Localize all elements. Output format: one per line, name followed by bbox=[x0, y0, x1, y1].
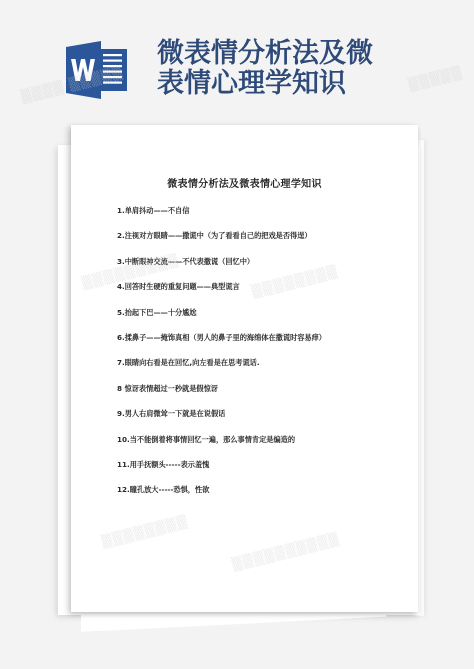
list-item: 1.单肩抖动——不自信 bbox=[117, 206, 407, 231]
header-title-line2: 表情心理学知识 bbox=[157, 69, 417, 99]
list-item: 9.男人右肩微耸一下就是在说假话 bbox=[117, 409, 407, 434]
watermark: ▒▒▒▒▒▒▒▒ bbox=[100, 515, 189, 551]
list-item: 2.注视对方眼睛——撒谎中（为了看看自己的把戏是否得逞） bbox=[117, 231, 407, 256]
list-item: 8 惊讶表情超过一秒就是假惊讶 bbox=[117, 384, 407, 409]
document-page: 微表情分析法及微表情心理学知识 1.单肩抖动——不自信 2.注视对方眼睛——撒谎… bbox=[71, 125, 418, 612]
document-title: 微表情分析法及微表情心理学知识 bbox=[71, 175, 418, 190]
header-title: 微表情分析法及微 表情心理学知识 bbox=[157, 39, 417, 99]
list-item: 3.中断眼神交流——不代表撒谎（回忆中） bbox=[117, 257, 407, 282]
list-item: 10.当不能倒着将事情回忆一遍，那么事情肯定是编造的 bbox=[117, 435, 407, 460]
list-item: 6.揉鼻子——掩饰真相（男人的鼻子里的海绵体在撒谎时容易痒） bbox=[117, 333, 407, 358]
list-item: 12.瞳孔放大-----恐惧，性欲 bbox=[117, 485, 407, 510]
list-item: 5.抬起下巴——十分尴尬 bbox=[117, 308, 407, 333]
microsoft-word-icon bbox=[66, 41, 128, 99]
back-sheet-bottom bbox=[81, 610, 386, 632]
document-list: 1.单肩抖动——不自信 2.注视对方眼睛——撒谎中（为了看看自己的把戏是否得逞）… bbox=[117, 206, 407, 511]
watermark: ▒▒▒▒▒▒▒▒▒▒ bbox=[231, 532, 341, 573]
header-title-line1: 微表情分析法及微 bbox=[157, 39, 417, 69]
list-item: 4.回答时生硬的重复问题——典型谎言 bbox=[117, 282, 407, 307]
list-item: 11.用手抚额头-----表示羞愧 bbox=[117, 460, 407, 485]
list-item: 7.眼睛向右看是在回忆,向左看是在思考谎话. bbox=[117, 358, 407, 383]
header: 微表情分析法及微 表情心理学知识 bbox=[0, 0, 474, 120]
